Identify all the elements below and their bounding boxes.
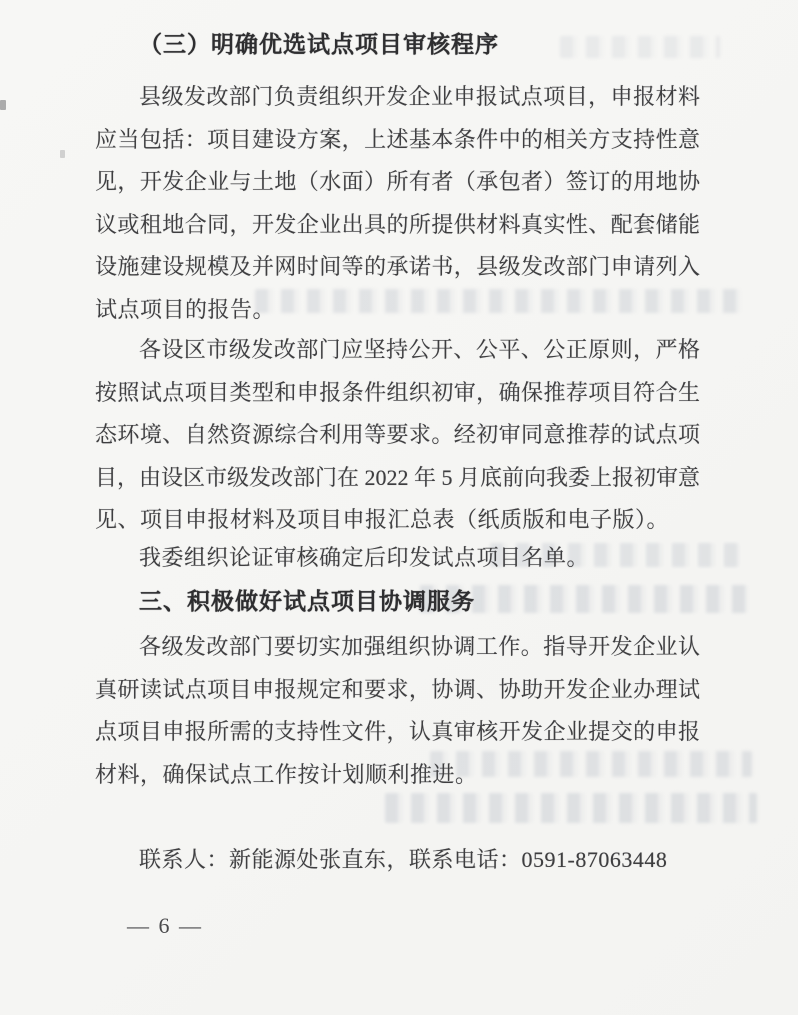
paragraph-line: 各设区市级发改部门应坚持公开、公平、公正原则，严格 — [95, 329, 700, 372]
paragraph-line: 我委组织论证审核确定后印发试点项目名单。 — [95, 537, 700, 580]
paragraph-line: 试点项目的报告。 — [95, 289, 700, 332]
paragraph-line: 点项目申报所需的支持性文件，认真审核开发企业提交的申报 — [95, 711, 700, 754]
contact-line: 联系人：新能源处张直东，联系电话：0591-87063448 — [95, 839, 700, 882]
paragraph-line: 按照试点项目类型和申报条件组织初审，确保推荐项目符合生 — [95, 372, 700, 415]
page-number: — 6 — — [95, 905, 700, 948]
scanned-document-page: （三）明确优选试点项目审核程序 县级发改部门负责组织开发企业申报试点项目，申报材… — [0, 0, 798, 1015]
page-number-text: — 6 — — [127, 905, 700, 948]
contact-info: 联系人：新能源处张直东，联系电话：0591-87063448 — [95, 839, 700, 882]
scan-artifact-speck — [60, 150, 65, 158]
paragraph-line: 各级发改部门要切实加强组织协调工作。指导开发企业认 — [95, 626, 700, 669]
paragraph-line: 态环境、自然资源综合利用等要求。经初审同意推荐的试点项 — [95, 414, 700, 457]
section-heading-1-text: （三）明确优选试点项目审核程序 — [95, 24, 700, 67]
paragraph-2: 各设区市级发改部门应坚持公开、公平、公正原则，严格 按照试点项目类型和申报条件组… — [95, 329, 700, 542]
paragraph-line: 见、项目申报材料及项目申报汇总表（纸质版和电子版）。 — [95, 499, 700, 542]
paragraph-line: 材料，确保试点工作按计划顺利推进。 — [95, 754, 700, 797]
bleed-through-smudge — [385, 793, 757, 823]
paragraph-line: 议或租地合同，开发企业出具的所提供材料真实性、配套储能 — [95, 204, 700, 247]
paragraph-4: 各级发改部门要切实加强组织协调工作。指导开发企业认 真研读试点项目申报规定和要求… — [95, 626, 700, 796]
paragraph-line: 设施建设规模及并网时间等的承诺书，县级发改部门申请列入 — [95, 246, 700, 289]
scan-artifact-speck — [0, 100, 6, 110]
paragraph-line: 县级发改部门负责组织开发企业申报试点项目，申报材料 — [95, 76, 700, 119]
paragraph-line: 应当包括：项目建设方案，上述基本条件中的相关方支持性意 — [95, 119, 700, 162]
paragraph-1: 县级发改部门负责组织开发企业申报试点项目，申报材料 应当包括：项目建设方案，上述… — [95, 76, 700, 331]
paragraph-line: 见，开发企业与土地（水面）所有者（承包者）签订的用地协 — [95, 161, 700, 204]
paragraph-3: 我委组织论证审核确定后印发试点项目名单。 — [95, 537, 700, 580]
section-heading-2-text: 三、积极做好试点项目协调服务 — [95, 581, 700, 624]
paragraph-line: 目，由设区市级发改部门在 2022 年 5 月底前向我委上报初审意 — [95, 457, 700, 500]
section-heading-2: 三、积极做好试点项目协调服务 — [95, 581, 700, 624]
section-heading-1: （三）明确优选试点项目审核程序 — [95, 24, 700, 67]
paragraph-line: 真研读试点项目申报规定和要求，协调、协助开发企业办理试 — [95, 669, 700, 712]
